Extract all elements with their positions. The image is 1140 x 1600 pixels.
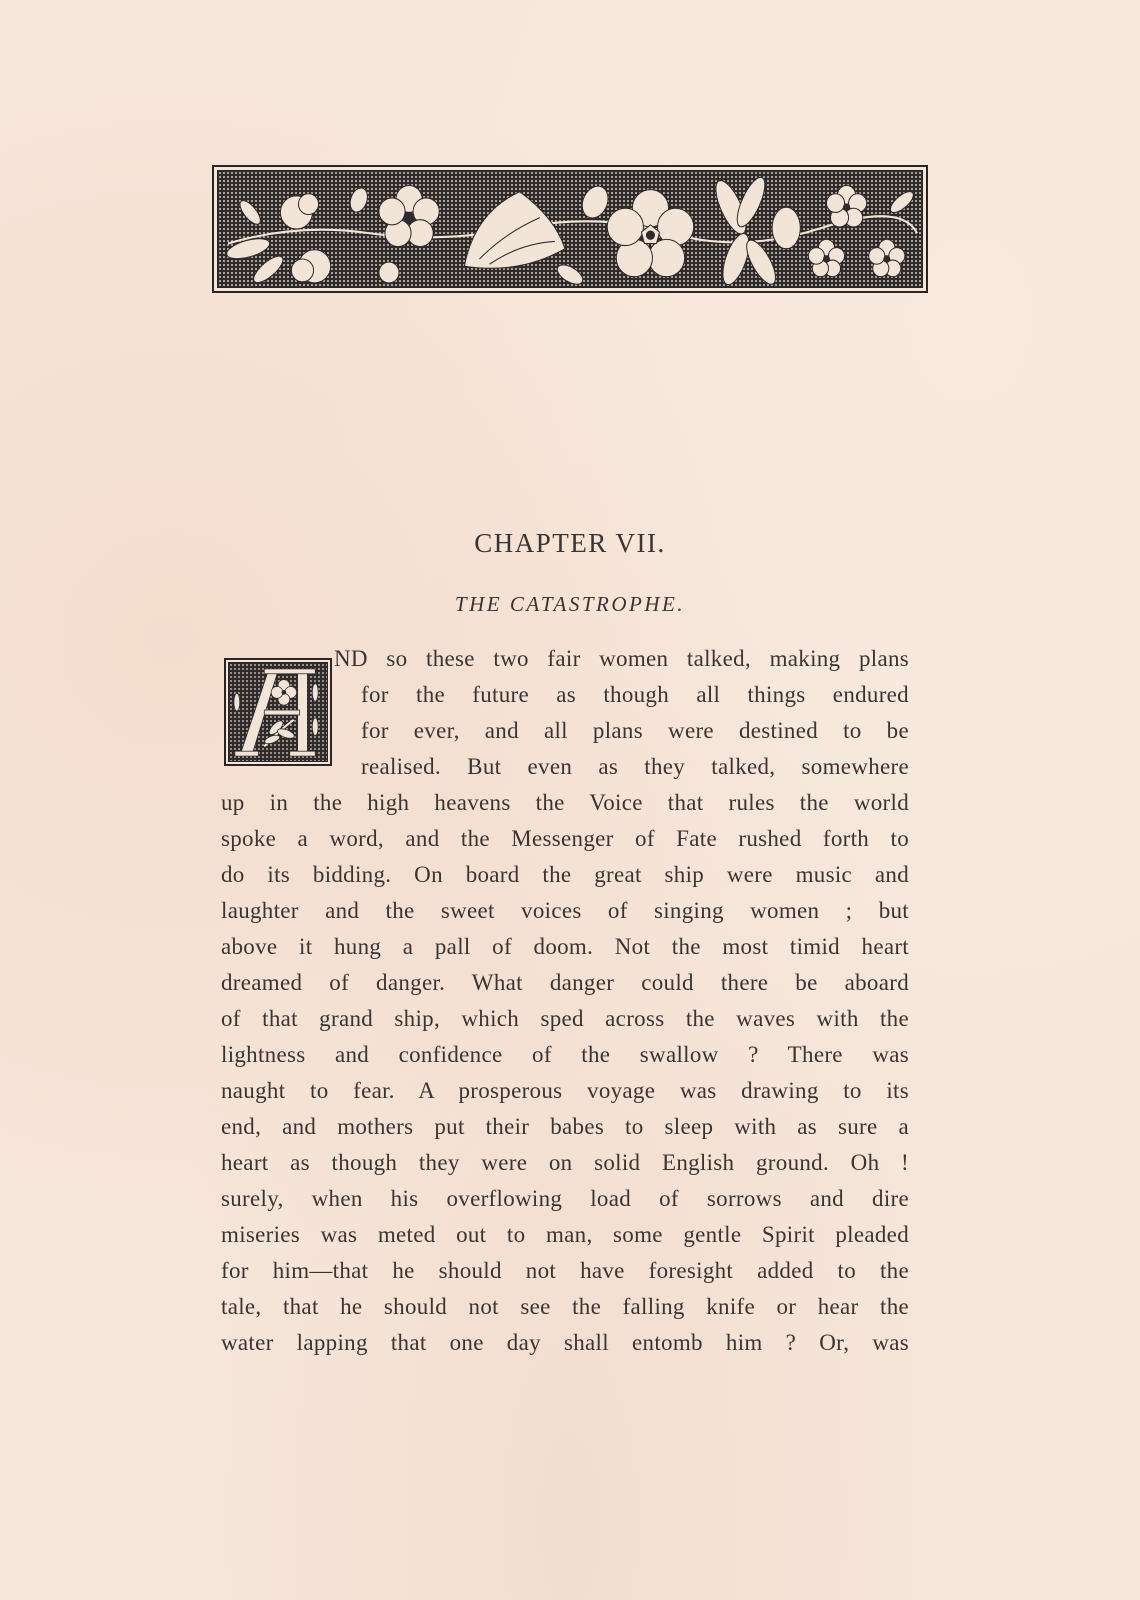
body-text-line: lightness and confidence of the swallow … <box>221 1041 909 1069</box>
book-page: CHAPTER VII. THE CATASTROPHE. <box>0 0 1140 1600</box>
body-text-line: realised. But even as they talked, somew… <box>361 753 909 781</box>
drop-cap: A <box>224 658 332 766</box>
body-text-line: do its bidding. On board the great ship … <box>221 861 909 889</box>
body-text-line: dreamed of danger. What danger could the… <box>221 969 909 997</box>
chapter-number-heading: CHAPTER VII. <box>0 528 1140 559</box>
body-text-line: heart as though they were on solid Engli… <box>221 1149 909 1177</box>
illuminated-letter-a-icon: A <box>228 662 328 762</box>
body-text-line: tale, that he should not see the falling… <box>221 1293 909 1321</box>
body-text-line: surely, when his overflowing load of sor… <box>221 1185 909 1213</box>
floral-header-banner <box>212 165 928 293</box>
body-text-line: end, and mothers put their babes to slee… <box>221 1113 909 1141</box>
body-text-line: naught to fear. A prosperous voyage was … <box>221 1077 909 1105</box>
body-text-line: for him—that he should not have foresigh… <box>221 1257 909 1285</box>
body-text-line: water lapping that one day shall entomb … <box>221 1329 909 1357</box>
body-text-line: above it hung a pall of doom. Not the mo… <box>221 933 909 961</box>
body-text-line: of that grand ship, which sped across th… <box>221 1005 909 1033</box>
body-text-line: for the future as though all things endu… <box>361 681 909 709</box>
body-text-line: miseries was meted out to man, some gent… <box>221 1221 909 1249</box>
body-text-line: ND so these two fair women talked, makin… <box>334 645 909 673</box>
body-text-line: up in the high heavens the Voice that ru… <box>221 789 909 817</box>
floral-ornament-icon <box>217 170 923 288</box>
body-text-line: for ever, and all plans were destined to… <box>361 717 909 745</box>
body-text-line: laughter and the sweet voices of singing… <box>221 897 909 925</box>
chapter-title-heading: THE CATASTROPHE. <box>0 592 1140 617</box>
body-text-line: spoke a word, and the Messenger of Fate … <box>221 825 909 853</box>
